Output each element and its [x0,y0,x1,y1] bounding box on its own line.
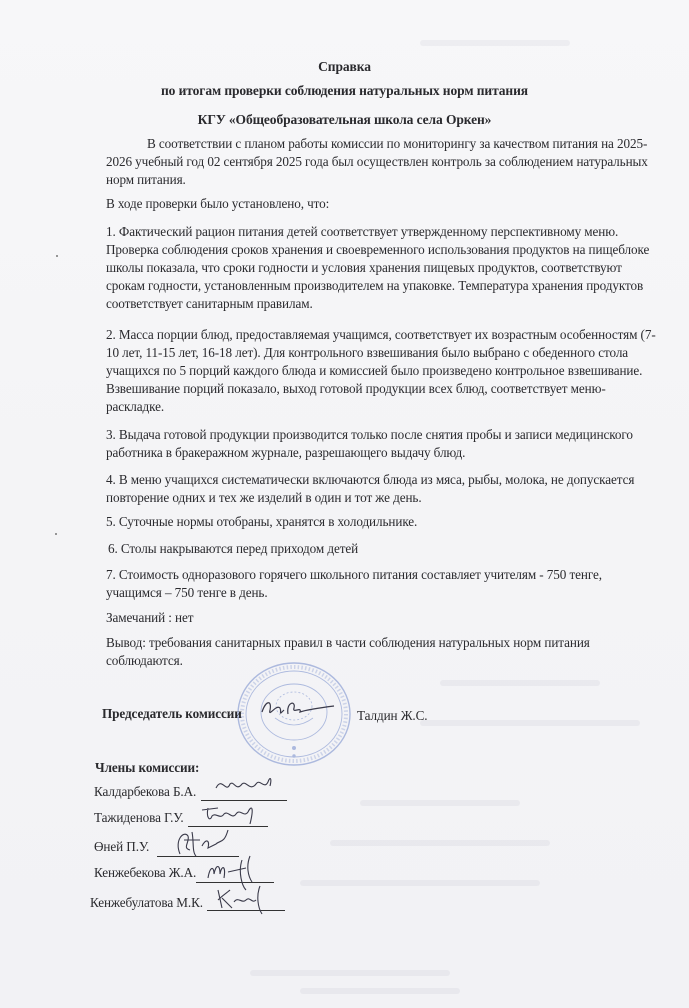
finding-2-line: Взвешивание порций показало, выход готов… [106,381,606,397]
members-label: Члены комиссии: [95,760,199,776]
intro-line: норм питания. [106,172,186,188]
show-through-line [330,840,550,846]
chairman-name: Талдин Ж.С. [357,708,428,724]
margin-mark [55,533,57,535]
document-page: Справка по итогам проверки соблюдения на… [0,0,689,1008]
finding-1-line: срокам годности, установленным производи… [106,278,643,294]
show-through-line [440,680,600,686]
member-name: Тажиденова Г.У. [94,810,184,826]
chairman-label: Председатель комиссии [102,706,242,722]
document-subtitle: по итогам проверки соблюдения натуральны… [0,83,689,99]
margin-mark [56,255,58,257]
finding-2-line: раскладке. [106,399,164,415]
finding-5-line: 5. Суточные нормы отобраны, хранятся в х… [106,514,417,530]
show-through-line [300,880,540,886]
show-through-line [300,988,460,994]
finding-3-line: 3. Выдача готовой продукции производится… [106,427,633,443]
member-signature-icon [212,880,276,920]
finding-1-line: соответствует санитарным правилам. [106,296,313,312]
finding-3-line: работника в бракеражном журнале, разреша… [106,445,465,461]
finding-2-line: учащихся по 5 порций каждого блюда и ком… [106,363,642,379]
finding-7-line: учащимся – 750 тенге в день. [106,585,268,601]
chairman-signature-icon [258,694,338,724]
member-name: Өней П.У. [94,839,149,855]
intro-line: 2026 учебный год 02 сентября 2025 года б… [106,154,648,170]
finding-2-line: 2. Масса порции блюд, предоставляемая уч… [106,327,656,343]
member-name: Кенжебулатова М.К. [90,895,203,911]
finding-2-line: 10 лет, 11-15 лет, 16-18 лет). Для контр… [106,345,628,361]
member-name: Кенжебекова Ж.А. [94,865,196,881]
finding-4-line: 4. В меню учащихся систематически включа… [106,472,634,488]
findings-lead: В ходе проверки было установлено, что: [106,196,329,212]
finding-6-line: 6. Столы накрываются перед приходом дете… [108,541,358,557]
finding-1-line: школы показала, что сроки годности и усл… [106,260,622,276]
intro-line: В соответствии с планом работы комиссии … [147,136,647,152]
conclusion-line: соблюдаются. [106,653,183,669]
show-through-line [250,970,450,976]
document-title: Справка [0,59,689,75]
show-through-line [420,720,640,726]
member-name: Калдарбекова Б.А. [94,784,196,800]
finding-7-line: 7. Стоимость одноразового горячего школь… [106,567,602,583]
member-signature-icon [212,772,276,800]
finding-1-line: Проверка соблюдения сроков хранения и св… [106,242,649,258]
show-through-line [360,800,520,806]
conclusion-line: Вывод: требования санитарных правил в ча… [106,635,590,651]
finding-1-line: 1. Фактический рацион питания детей соот… [106,224,618,240]
remarks: Замечаний : нет [106,610,193,626]
show-through-line [420,40,570,46]
organization-name: КГУ «Общеобразовательная школа села Орке… [0,112,689,128]
finding-4-line: повторение одних и тех же изделий в один… [106,490,422,506]
